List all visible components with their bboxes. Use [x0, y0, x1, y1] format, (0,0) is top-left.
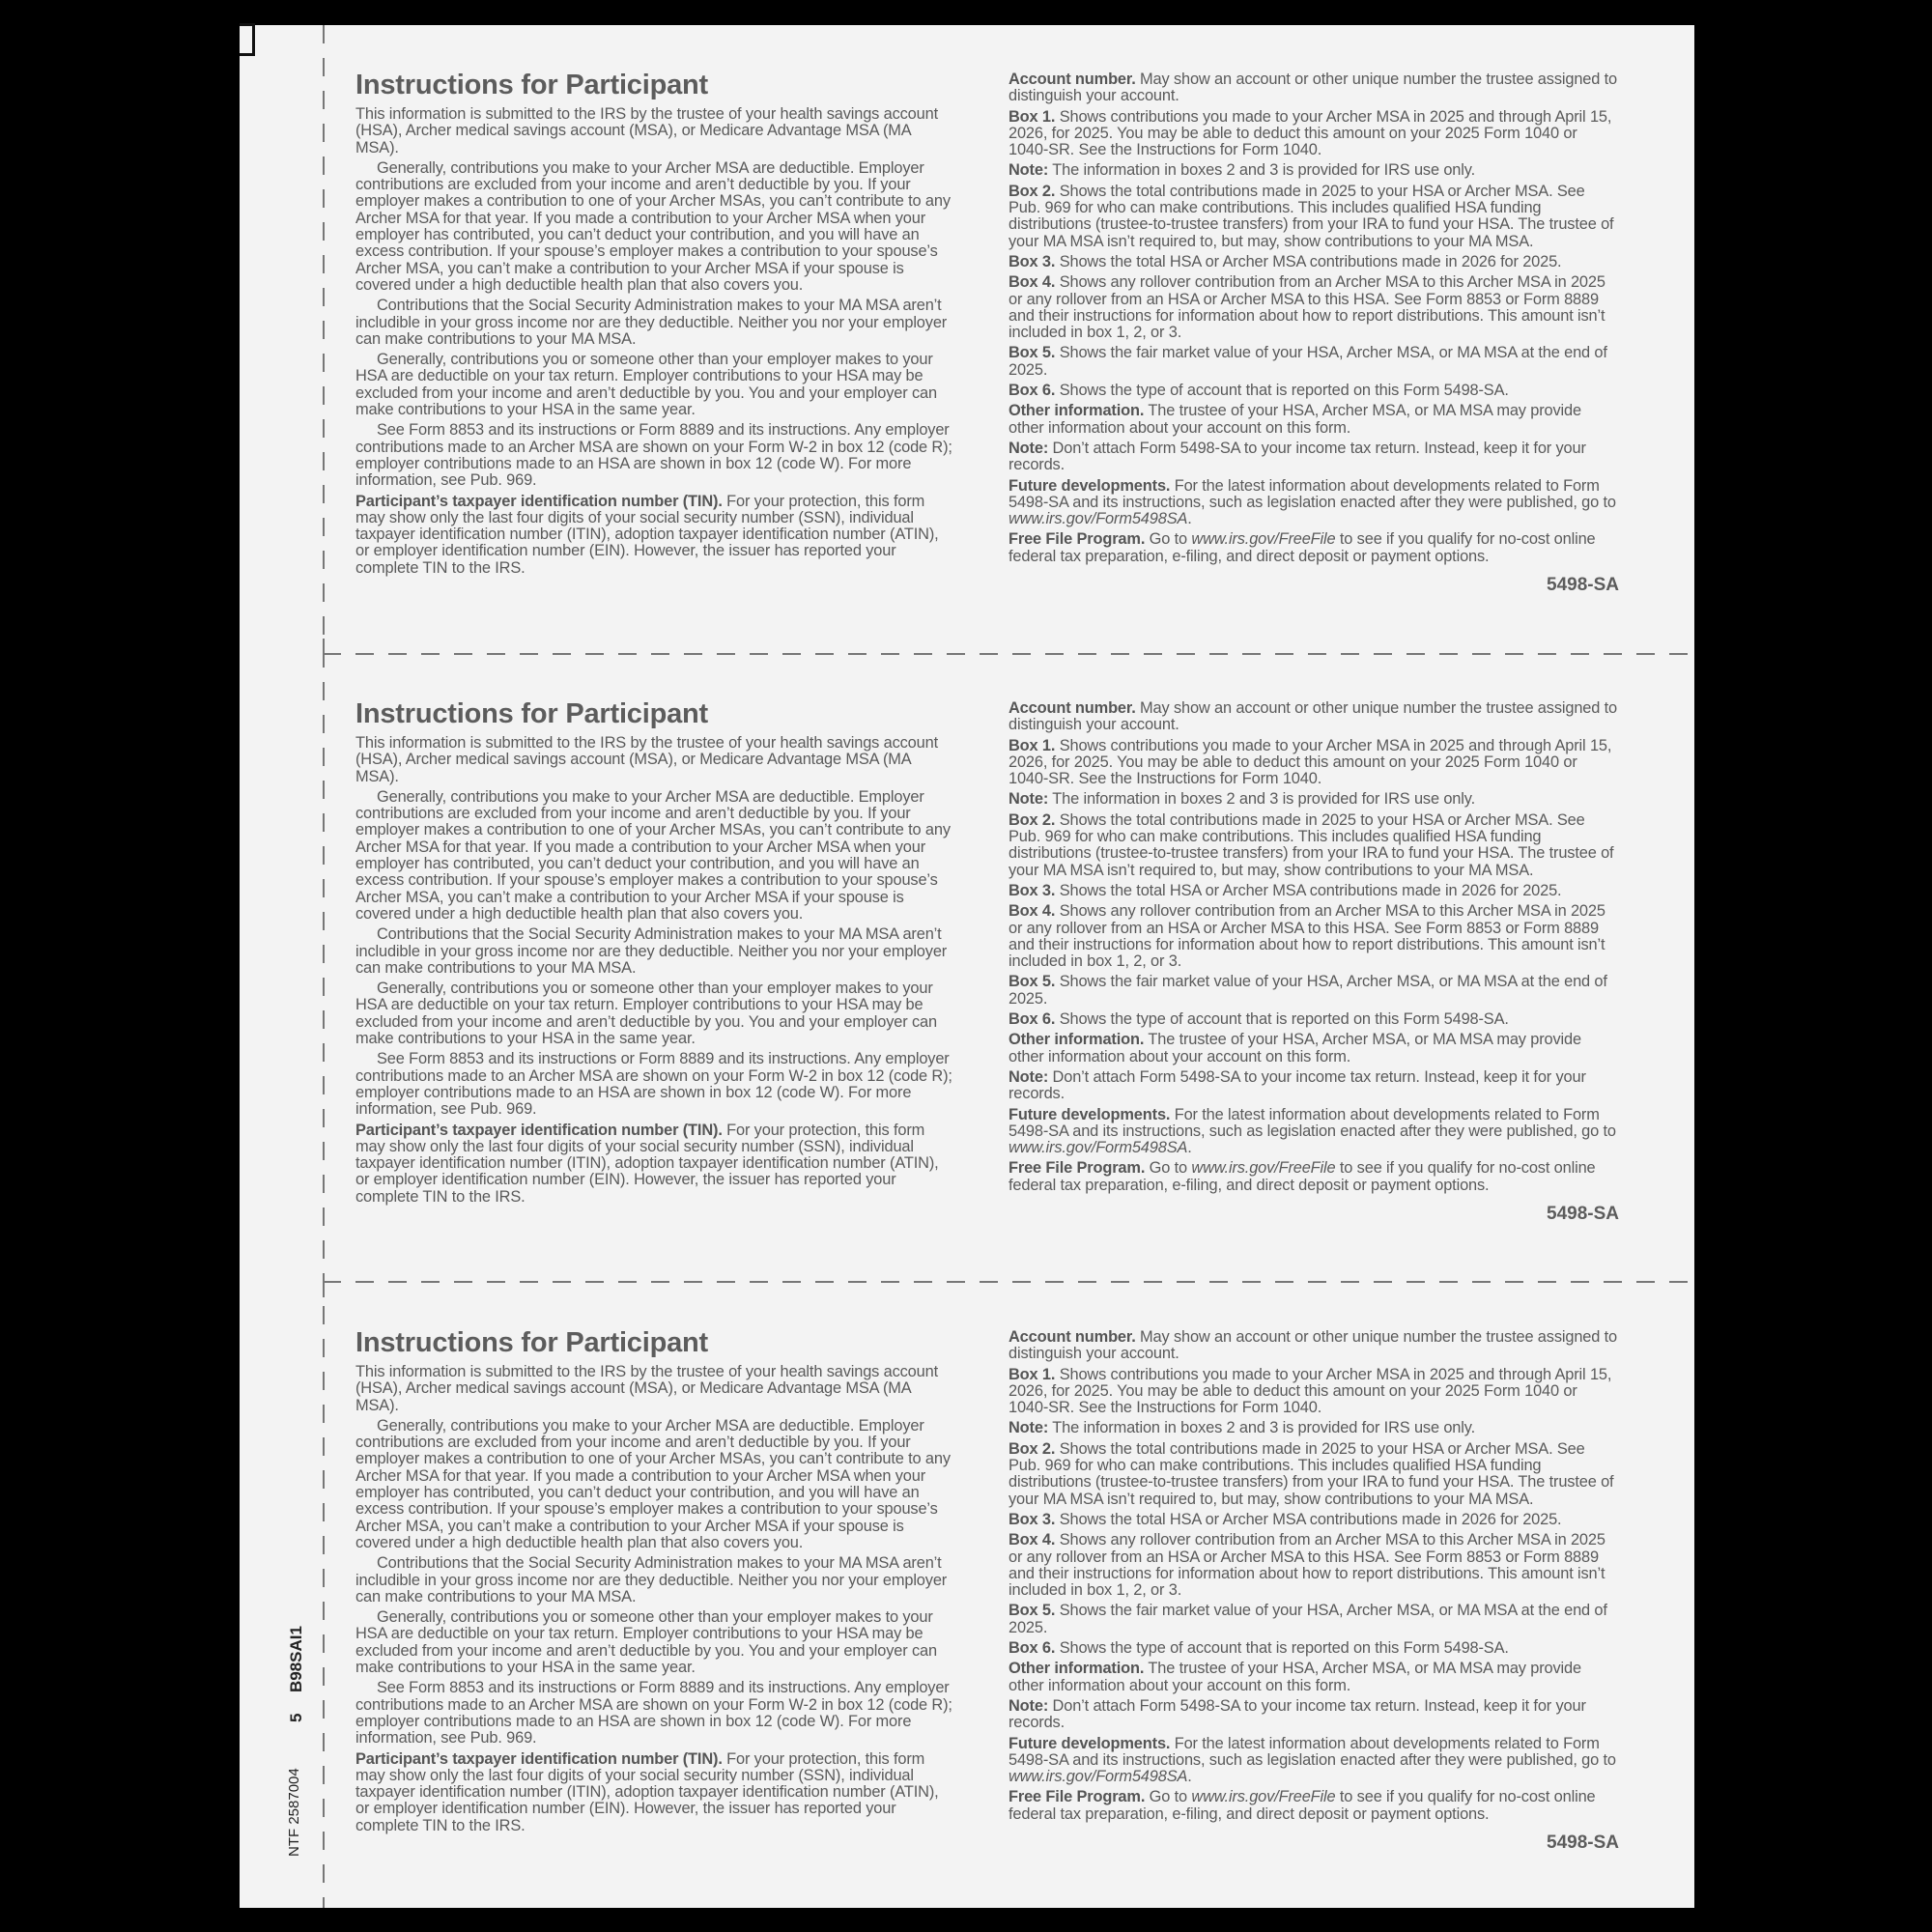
hsa-paragraph: Generally, contributions you or someone …: [355, 1609, 954, 1676]
note2-heading: Note:: [1009, 1697, 1048, 1715]
left-column: Instructions for Participant This inform…: [355, 697, 954, 1209]
freefile-url-link[interactable]: www.irs.gov/FreeFile: [1191, 1788, 1335, 1805]
box5-text: Shows the fair market value of your HSA,…: [1009, 344, 1607, 378]
box4-text: Shows any rollover contribution from an …: [1009, 1531, 1605, 1599]
instructions-copy-3: Instructions for Participant This inform…: [240, 1283, 1694, 1912]
box4-text: Shows any rollover contribution from an …: [1009, 273, 1605, 341]
box3-item: Box 3. Shows the total HSA or Archer MSA…: [1009, 1512, 1619, 1528]
box5-text: Shows the fair market value of your HSA,…: [1009, 1602, 1607, 1635]
future-developments-item: Future developments. For the latest info…: [1009, 1736, 1619, 1786]
account-number-item: Account number. May show an account or o…: [1009, 700, 1619, 734]
other-info-item: Other information. The trustee of your H…: [1009, 403, 1619, 437]
note2-item: Note: Don’t attach Form 5498-SA to your …: [1009, 1069, 1619, 1103]
future-url-link[interactable]: www.irs.gov/Form5498SA: [1009, 1139, 1187, 1156]
box6-heading: Box 6.: [1009, 1639, 1055, 1657]
box5-item: Box 5. Shows the fair market value of yo…: [1009, 345, 1619, 379]
account-heading: Account number.: [1009, 1328, 1136, 1346]
box6-item: Box 6. Shows the type of account that is…: [1009, 1011, 1619, 1028]
intro-paragraph: This information is submitted to the IRS…: [355, 735, 954, 785]
freefile-url-link[interactable]: www.irs.gov/FreeFile: [1191, 530, 1335, 548]
box3-heading: Box 3.: [1009, 882, 1055, 899]
box1-heading: Box 1.: [1009, 737, 1055, 754]
left-column: Instructions for Participant This inform…: [355, 69, 954, 581]
form-number: 5498-SA: [1009, 1204, 1619, 1225]
ssa-paragraph: Contributions that the Social Security A…: [355, 298, 954, 348]
right-column: Account number. May show an account or o…: [1009, 700, 1619, 1225]
note2-item: Note: Don’t attach Form 5498-SA to your …: [1009, 440, 1619, 474]
future-heading: Future developments.: [1009, 1735, 1170, 1752]
tin-heading: Participant’s taxpayer identification nu…: [355, 1750, 723, 1768]
note1-text: The information in boxes 2 and 3 is prov…: [1052, 1419, 1475, 1436]
tin-paragraph: Participant’s taxpayer identification nu…: [355, 1751, 954, 1834]
ssa-paragraph: Contributions that the Social Security A…: [355, 926, 954, 977]
box2-heading: Box 2.: [1009, 1440, 1055, 1458]
box2-item: Box 2. Shows the total contributions mad…: [1009, 1441, 1619, 1508]
box1-item: Box 1. Shows contributions you made to y…: [1009, 738, 1619, 788]
instructions-title: Instructions for Participant: [355, 1326, 954, 1359]
account-number-item: Account number. May show an account or o…: [1009, 71, 1619, 105]
freefile-text-pre: Go to: [1150, 1159, 1187, 1177]
box4-heading: Box 4.: [1009, 273, 1055, 291]
freefile-text-pre: Go to: [1150, 1788, 1187, 1805]
box3-text: Shows the total HSA or Archer MSA contri…: [1060, 1511, 1562, 1528]
account-heading: Account number.: [1009, 71, 1136, 88]
box1-heading: Box 1.: [1009, 1366, 1055, 1383]
freefile-heading: Free File Program.: [1009, 1159, 1145, 1177]
box2-heading: Box 2.: [1009, 183, 1055, 200]
future-developments-item: Future developments. For the latest info…: [1009, 1107, 1619, 1157]
box2-item: Box 2. Shows the total contributions mad…: [1009, 812, 1619, 879]
box3-item: Box 3. Shows the total HSA or Archer MSA…: [1009, 254, 1619, 270]
box6-text: Shows the type of account that is report…: [1060, 382, 1509, 399]
box2-heading: Box 2.: [1009, 811, 1055, 829]
archer-msa-paragraph: Generally, contributions you make to you…: [355, 160, 954, 294]
note2-heading: Note:: [1009, 440, 1048, 457]
instructions-title: Instructions for Participant: [355, 69, 954, 101]
box5-text: Shows the fair market value of your HSA,…: [1009, 973, 1607, 1007]
box5-item: Box 5. Shows the fair market value of yo…: [1009, 974, 1619, 1008]
box3-text: Shows the total HSA or Archer MSA contri…: [1060, 882, 1562, 899]
box6-heading: Box 6.: [1009, 1010, 1055, 1028]
other-heading: Other information.: [1009, 1660, 1144, 1677]
right-column: Account number. May show an account or o…: [1009, 1329, 1619, 1854]
other-heading: Other information.: [1009, 402, 1144, 419]
note2-item: Note: Don’t attach Form 5498-SA to your …: [1009, 1698, 1619, 1732]
tin-paragraph: Participant’s taxpayer identification nu…: [355, 494, 954, 577]
forms-paragraph: See Form 8853 and its instructions or Fo…: [355, 1680, 954, 1747]
intro-paragraph: This information is submitted to the IRS…: [355, 106, 954, 156]
note1-text: The information in boxes 2 and 3 is prov…: [1052, 161, 1475, 179]
form-code: B98SAI1: [287, 1626, 306, 1692]
box5-heading: Box 5.: [1009, 344, 1055, 361]
box3-text: Shows the total HSA or Archer MSA contri…: [1060, 253, 1562, 270]
box4-item: Box 4. Shows any rollover contribution f…: [1009, 903, 1619, 970]
future-text-end: .: [1187, 1768, 1191, 1785]
note1-item: Note: The information in boxes 2 and 3 i…: [1009, 791, 1619, 808]
future-url-link[interactable]: www.irs.gov/Form5498SA: [1009, 510, 1187, 527]
box5-item: Box 5. Shows the fair market value of yo…: [1009, 1603, 1619, 1636]
box1-text: Shows contributions you made to your Arc…: [1009, 1366, 1611, 1417]
box1-heading: Box 1.: [1009, 108, 1055, 126]
future-text-end: .: [1187, 1139, 1191, 1156]
intro-paragraph: This information is submitted to the IRS…: [355, 1364, 954, 1414]
free-file-item: Free File Program. Go to www.irs.gov/Fre…: [1009, 1789, 1619, 1823]
forms-paragraph: See Form 8853 and its instructions or Fo…: [355, 1051, 954, 1118]
ssa-paragraph: Contributions that the Social Security A…: [355, 1555, 954, 1605]
box4-text: Shows any rollover contribution from an …: [1009, 902, 1605, 970]
future-url-link[interactable]: www.irs.gov/Form5498SA: [1009, 1768, 1187, 1785]
note2-heading: Note:: [1009, 1068, 1048, 1086]
hsa-paragraph: Generally, contributions you or someone …: [355, 980, 954, 1047]
note1-heading: Note:: [1009, 1419, 1048, 1436]
box4-item: Box 4. Shows any rollover contribution f…: [1009, 1532, 1619, 1599]
tin-paragraph: Participant’s taxpayer identification nu…: [355, 1122, 954, 1206]
form-number: 5498-SA: [1009, 1833, 1619, 1854]
box5-heading: Box 5.: [1009, 973, 1055, 990]
box6-text: Shows the type of account that is report…: [1060, 1010, 1509, 1028]
archer-msa-paragraph: Generally, contributions you make to you…: [355, 789, 954, 923]
box3-heading: Box 3.: [1009, 1511, 1055, 1528]
hsa-paragraph: Generally, contributions you or someone …: [355, 352, 954, 418]
note1-heading: Note:: [1009, 790, 1048, 808]
archer-msa-paragraph: Generally, contributions you make to you…: [355, 1418, 954, 1551]
box2-text: Shows the total contributions made in 20…: [1009, 811, 1613, 879]
forms-paragraph: See Form 8853 and its instructions or Fo…: [355, 422, 954, 489]
note1-heading: Note:: [1009, 161, 1048, 179]
box4-heading: Box 4.: [1009, 902, 1055, 920]
free-file-item: Free File Program. Go to www.irs.gov/Fre…: [1009, 531, 1619, 565]
note1-item: Note: The information in boxes 2 and 3 i…: [1009, 1420, 1619, 1436]
future-heading: Future developments.: [1009, 477, 1170, 495]
note1-item: Note: The information in boxes 2 and 3 i…: [1009, 162, 1619, 179]
other-info-item: Other information. The trustee of your H…: [1009, 1661, 1619, 1694]
box3-item: Box 3. Shows the total HSA or Archer MSA…: [1009, 883, 1619, 899]
box1-text: Shows contributions you made to your Arc…: [1009, 737, 1611, 788]
freefile-url-link[interactable]: www.irs.gov/FreeFile: [1191, 1159, 1335, 1177]
tin-heading: Participant’s taxpayer identification nu…: [355, 1122, 723, 1139]
box5-heading: Box 5.: [1009, 1602, 1055, 1619]
account-number-item: Account number. May show an account or o…: [1009, 1329, 1619, 1363]
box1-text: Shows contributions you made to your Arc…: [1009, 108, 1611, 159]
right-column: Account number. May show an account or o…: [1009, 71, 1619, 596]
freefile-heading: Free File Program.: [1009, 1788, 1145, 1805]
box6-item: Box 6. Shows the type of account that is…: [1009, 1640, 1619, 1657]
free-file-item: Free File Program. Go to www.irs.gov/Fre…: [1009, 1160, 1619, 1194]
box1-item: Box 1. Shows contributions you made to y…: [1009, 109, 1619, 159]
freefile-text-pre: Go to: [1150, 530, 1187, 548]
freefile-heading: Free File Program.: [1009, 530, 1145, 548]
box6-heading: Box 6.: [1009, 382, 1055, 399]
future-heading: Future developments.: [1009, 1106, 1170, 1123]
other-info-item: Other information. The trustee of your H…: [1009, 1032, 1619, 1065]
future-developments-item: Future developments. For the latest info…: [1009, 478, 1619, 528]
ntf-code: NTF 2587004: [286, 1768, 302, 1857]
note2-text: Don’t attach Form 5498-SA to your income…: [1009, 440, 1586, 473]
future-text-end: .: [1187, 510, 1191, 527]
left-column: Instructions for Participant This inform…: [355, 1326, 954, 1838]
box6-text: Shows the type of account that is report…: [1060, 1639, 1509, 1657]
copy-number: 5: [287, 1714, 306, 1722]
box2-item: Box 2. Shows the total contributions mad…: [1009, 184, 1619, 250]
box3-heading: Box 3.: [1009, 253, 1055, 270]
box2-text: Shows the total contributions made in 20…: [1009, 1440, 1613, 1508]
tin-heading: Participant’s taxpayer identification nu…: [355, 493, 723, 510]
note1-text: The information in boxes 2 and 3 is prov…: [1052, 790, 1475, 808]
other-heading: Other information.: [1009, 1031, 1144, 1048]
box4-item: Box 4. Shows any rollover contribution f…: [1009, 274, 1619, 341]
form-number: 5498-SA: [1009, 575, 1619, 596]
note2-text: Don’t attach Form 5498-SA to your income…: [1009, 1068, 1586, 1102]
note2-text: Don’t attach Form 5498-SA to your income…: [1009, 1697, 1586, 1731]
box2-text: Shows the total contributions made in 20…: [1009, 183, 1613, 250]
instructions-title: Instructions for Participant: [355, 697, 954, 730]
instructions-copy-1: Instructions for Participant This inform…: [240, 25, 1694, 654]
box4-heading: Box 4.: [1009, 1531, 1055, 1548]
instructions-copy-2: Instructions for Participant This inform…: [240, 654, 1694, 1283]
box6-item: Box 6. Shows the type of account that is…: [1009, 383, 1619, 399]
box1-item: Box 1. Shows contributions you made to y…: [1009, 1367, 1619, 1417]
account-heading: Account number.: [1009, 699, 1136, 717]
